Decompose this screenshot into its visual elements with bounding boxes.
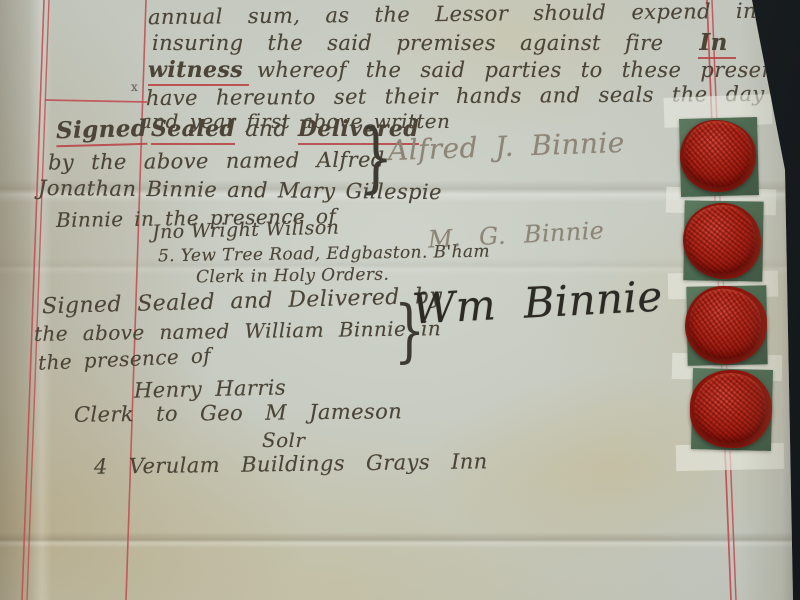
- witness-text: Clerk in Holy Orders.: [196, 265, 390, 288]
- attestation-william-line-2: the above named William Binnie in: [34, 316, 441, 346]
- emphasized-word-witness: witness: [148, 57, 249, 86]
- attestation-william-line-1: Signed Sealed and Delivered by: [42, 284, 443, 319]
- document-page: annual sum, as the Lessor should expend …: [0, 0, 800, 600]
- attestation-text: the above named William Binnie in: [34, 316, 441, 346]
- attestation-alfred-line-2: by the above named Alfred: [48, 148, 385, 175]
- witness-william-line-4: 4 Verulam Buildings Grays Inn: [94, 449, 488, 478]
- fold-crease: [0, 532, 793, 548]
- emphasized-word-in: In: [698, 29, 736, 59]
- attestation-alfred-margin-word: Signed: [56, 115, 148, 144]
- attestation-text: the presence of: [38, 343, 212, 375]
- word-and: and: [245, 117, 288, 142]
- witness-text: Clerk to Geo M Jameson: [74, 399, 402, 426]
- photographed-deed: annual sum, as the Lessor should expend …: [0, 0, 800, 600]
- witness-alfred-address: 5. Yew Tree Road, Edgbaston. B'ham: [158, 242, 490, 267]
- witness-william-line-3: Solr: [262, 428, 305, 452]
- body-line-3: witnesswhereof the said parties to these…: [148, 57, 795, 83]
- body-line-4: have hereunto set their hands and seals …: [146, 82, 765, 110]
- witness-alfred-name: Jno Wright Willson: [152, 217, 340, 244]
- attestation-text: Signed Sealed and Delivered by: [42, 284, 443, 319]
- body-text: whereof the said parties to these presen…: [257, 58, 795, 82]
- body-line-1: annual sum, as the Lessor should expend …: [148, 0, 757, 29]
- body-text: insuring the said premises against fire: [152, 31, 664, 55]
- pencil-x: x: [131, 80, 138, 94]
- witness-william-line-2: Clerk to Geo M Jameson: [74, 399, 402, 426]
- body-text: have hereunto set their hands and seals …: [146, 82, 765, 110]
- attestation-text: by the above named Alfred: [48, 148, 385, 175]
- word-signed: Signed: [56, 115, 148, 147]
- body-line-2: insuring the said premises against fireI…: [152, 29, 736, 56]
- witness-william-name: Henry Harris: [134, 375, 287, 402]
- witness-text: Solr: [262, 428, 305, 452]
- signature-text: Alfred J. Binnie: [387, 126, 625, 167]
- signature-alfred-binnie: Alfred J. Binnie: [387, 126, 625, 167]
- signature-wm-binnie: Wm Binnie: [411, 271, 664, 333]
- signature-text: Wm Binnie: [411, 271, 664, 333]
- witness-text: Jno Wright Willson: [152, 217, 340, 244]
- word-sealed: Sealed: [151, 116, 235, 145]
- attestation-william-line-3: the presence of: [38, 343, 212, 375]
- witness-text: 4 Verulam Buildings Grays Inn: [94, 449, 488, 478]
- witness-text: 5. Yew Tree Road, Edgbaston. B'ham: [158, 242, 490, 267]
- witness-alfred-occupation: Clerk in Holy Orders.: [196, 265, 390, 288]
- witness-text: Henry Harris: [134, 375, 287, 402]
- body-text: annual sum, as the Lessor should expend …: [148, 0, 757, 29]
- pencil-x-mark: x: [131, 80, 138, 94]
